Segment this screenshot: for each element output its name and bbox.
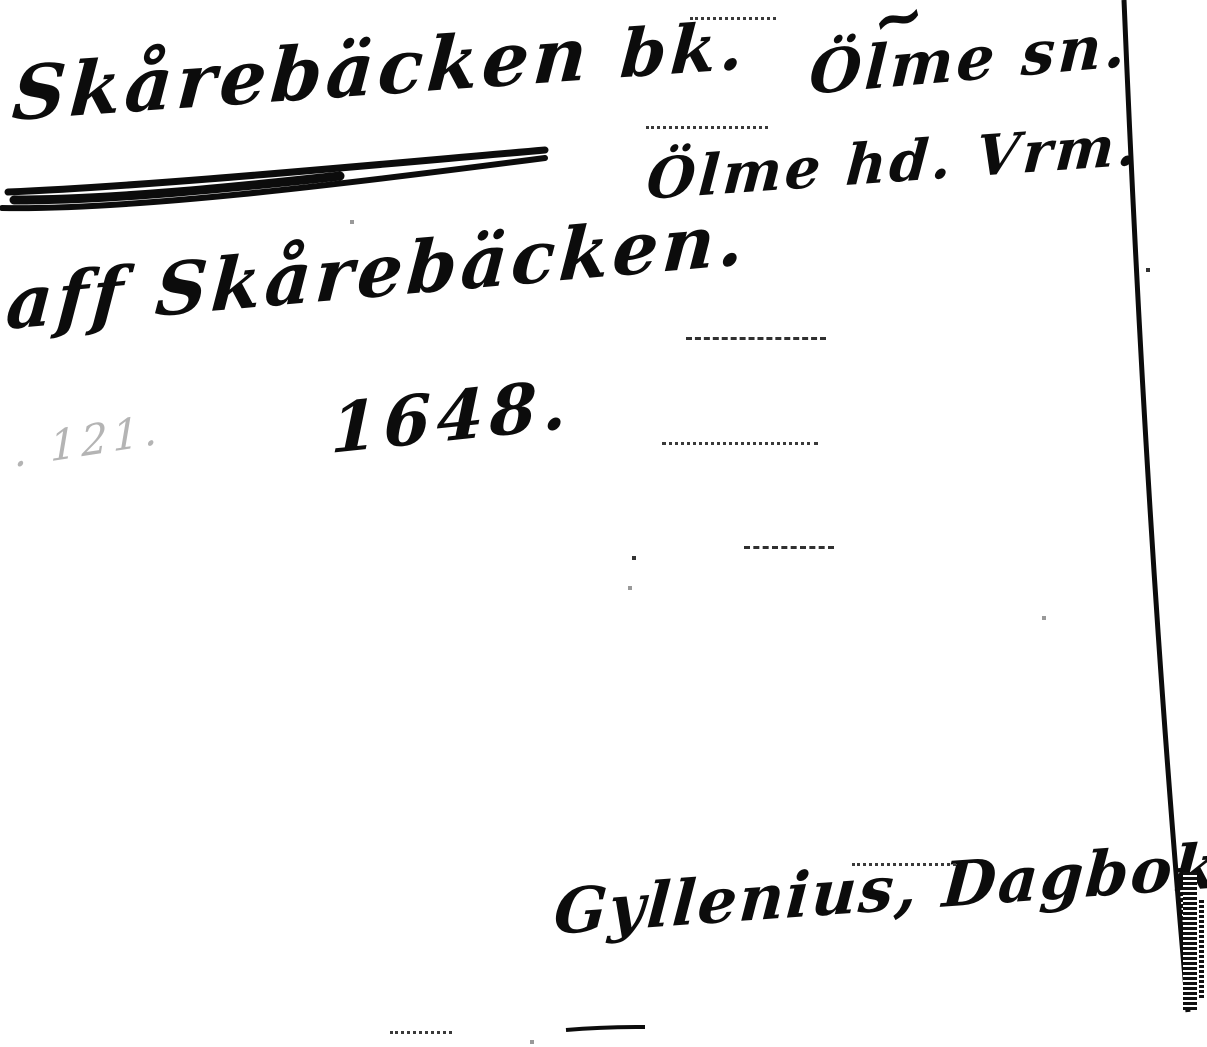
scan-noise <box>390 1031 452 1034</box>
scan-noise <box>852 863 956 866</box>
parish-line: Ölme sn. <box>808 16 1130 104</box>
scan-noise <box>744 546 834 549</box>
scan-speck <box>1042 616 1046 620</box>
place-name: Skårebäcken <box>10 11 594 138</box>
scan-speck <box>632 556 636 560</box>
heading-line: Skårebäckenbk. <box>10 6 750 132</box>
edge-hatch-band-2 <box>1199 900 1204 1000</box>
pencil-note: . 121. <box>13 408 162 474</box>
scan-speck <box>530 1040 534 1044</box>
body-phrase: aff Skårebäcken. <box>4 202 750 340</box>
scan-noise <box>690 17 776 20</box>
scan-speck <box>628 586 632 590</box>
scan-noise <box>646 126 768 129</box>
scan-speck <box>1146 268 1150 272</box>
edge-hatch-band <box>1183 872 1197 1010</box>
scan-speck <box>350 220 354 224</box>
scan-noise <box>686 337 826 340</box>
attribution: Gyllenius, Dagbok. <box>552 833 1207 944</box>
archival-card: Skårebäckenbk. ~ Ölme sn. Ölme hd. Vrm. … <box>0 0 1207 1047</box>
scan-noise <box>662 442 818 445</box>
district-line: Ölme hd. Vrm. <box>645 117 1142 208</box>
year: 1648. <box>330 370 573 464</box>
